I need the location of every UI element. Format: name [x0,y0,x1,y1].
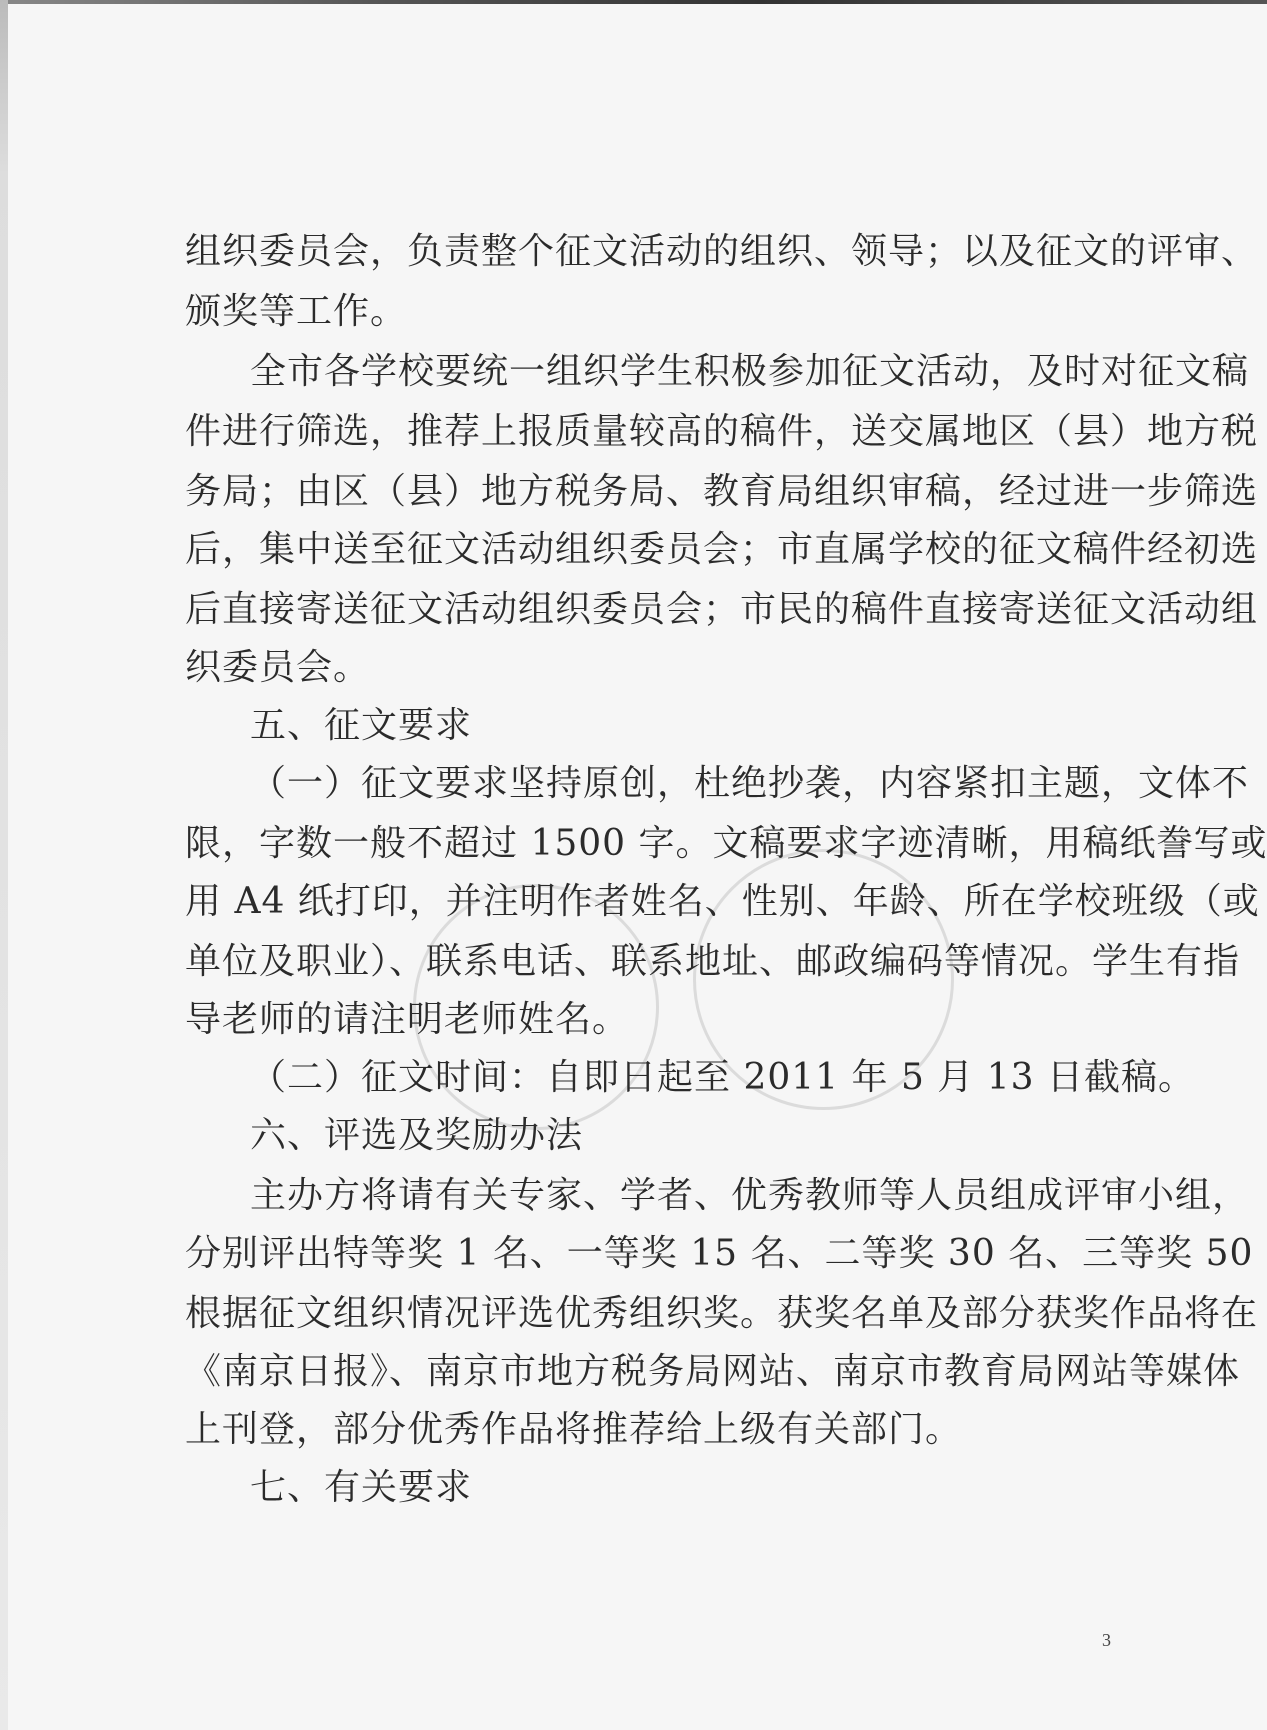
text-line: 限，字数一般不超过 1500 字。文稿要求字迹清晰，用稿纸誊写或 [185,822,1135,866]
text-line: 上刊登，部分优秀作品将推荐给上级有关部门。 [185,1408,962,1452]
section-heading: 七、有关要求 [250,1466,472,1510]
text-line: 组织委员会，负责整个征文活动的组织、领导；以及征文的评审、 [185,230,1135,274]
text-line: 单位及职业）、联系电话、联系地址、邮政编码等情况。学生有指 [185,940,1135,984]
text-line: 用 A4 纸打印，并注明作者姓名、性别、年龄、所在学校班级（或 [185,880,1135,924]
text-line: 主办方将请有关专家、学者、优秀教师等人员组成评审小组， [250,1174,1135,1218]
text-line: 分别评出特等奖 1 名、一等奖 15 名、二等奖 30 名、三等奖 50 名。 [185,1232,1135,1276]
section-heading: 六、评选及奖励办法 [250,1114,583,1158]
text-line: 务局；由区（县）地方税务局、教育局组织审稿，经过进一步筛选 [185,470,1135,514]
section-heading: 五、征文要求 [250,704,472,748]
text-line: 后直接寄送征文活动组织委员会；市民的稿件直接寄送征文活动组 [185,588,1135,632]
text-line: （二）征文时间：自即日起至 2011 年 5 月 13 日截稿。 [250,1056,1195,1100]
text-line: 全市各学校要统一组织学生积极参加征文活动，及时对征文稿 [250,350,1135,394]
text-line: 件进行筛选，推荐上报质量较高的稿件，送交属地区（县）地方税 [185,410,1135,454]
text-line: 《南京日报》、南京市地方税务局网站、南京市教育局网站等媒体 [185,1350,1135,1394]
text-line: 后，集中送至征文活动组织委员会；市直属学校的征文稿件经初选 [185,528,1135,572]
scan-edge-left [0,0,8,1730]
text-line: （一）征文要求坚持原创，杜绝抄袭，内容紧扣主题，文体不 [250,762,1135,806]
text-line: 颁奖等工作。 [185,290,407,334]
text-line: 织委员会。 [185,646,370,690]
page-number: 3 [1102,1630,1111,1651]
text-line: 导老师的请注明老师姓名。 [185,998,629,1042]
text-line: 根据征文组织情况评选优秀组织奖。获奖名单及部分获奖作品将在 [185,1292,1135,1336]
